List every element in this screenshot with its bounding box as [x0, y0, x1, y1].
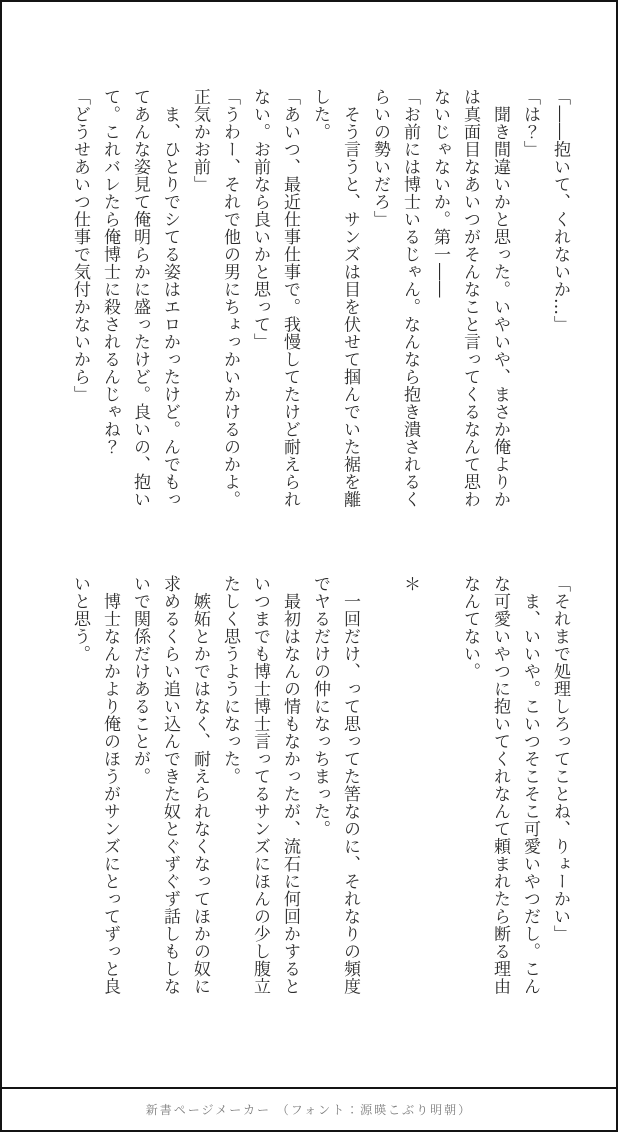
- text-line: [365, 575, 395, 1003]
- text-line: は真面目なあいつがそんなこと言ってくるなんて思わ: [455, 88, 485, 516]
- text-line: でヤるだけの仲になっちまった。: [305, 575, 335, 1003]
- text-line: ま、ひとりでシてる姿はエロかったけど。んでもっ: [155, 88, 185, 516]
- text-line: ない。お前なら良いかと思って」: [245, 88, 275, 516]
- text-line: 一回だけ、って思ってた筈なのに、それなりの頻度: [335, 575, 365, 1003]
- text-line: ま、いいや。こいつそこそこ可愛いやつだし。こん: [515, 575, 545, 1003]
- text-line: 正気かお前」: [185, 88, 215, 516]
- text-line: らいの勢いだろ」: [365, 88, 395, 516]
- text-block-upper: 「――抱いて、くれないか…」「は？」 聞き間違いかと思った。いやいや、まさか俺よ…: [65, 88, 575, 516]
- text-line: ＊: [395, 575, 425, 1003]
- text-line: 「あいつ、最近仕事仕事で。我慢してたけど耐えられ: [275, 88, 305, 516]
- text-line: 嫉妬とかではなく、耐えられなくなってほかの奴に: [185, 575, 215, 1003]
- page-frame: 「――抱いて、くれないか…」「は？」 聞き間違いかと思った。いやいや、まさか俺よ…: [0, 0, 618, 1132]
- text-line: 最初はなんの情もなかったが、流石に何回かすると: [275, 575, 305, 1003]
- text-line: 博士なんかより俺のほうがサンズにとってずっと良: [95, 575, 125, 1003]
- text-line: 「どうせあいつ仕事で気付かないから」: [65, 88, 95, 516]
- text-line: 「うわー、それで他の男にちょっかいかけるのかよ。: [215, 88, 245, 516]
- text-line: 「お前には博士いるじゃん。なんなら抱き潰されるく: [395, 88, 425, 516]
- text-block-lower: 「それまで処理しろってことね、りょーかい」 ま、いいや。こいつそこそこ可愛いやつ…: [65, 575, 575, 1003]
- text-line: そう言うと、サンズは目を伏せて掴んでいた裾を離: [335, 88, 365, 516]
- text-line: [425, 575, 455, 1003]
- text-line: てあんな姿見て俺明らかに盛ったけど。良いの、抱い: [125, 88, 155, 516]
- text-line: なんてない。: [455, 575, 485, 1003]
- text-line: 「それまで処理しろってことね、りょーかい」: [545, 575, 575, 1003]
- text-line: 求めるくらい追い込んできた奴とぐずぐず話しもしな: [155, 575, 185, 1003]
- page-body: 「――抱いて、くれないか…」「は？」 聞き間違いかと思った。いやいや、まさか俺よ…: [2, 2, 616, 1089]
- text-line: 聞き間違いかと思った。いやいや、まさか俺よりか: [485, 88, 515, 516]
- text-line: 「は？」: [515, 88, 545, 516]
- text-line: て。これバレたら俺博士に殺されるんじゃね？: [95, 88, 125, 516]
- text-line: いと思う。: [65, 575, 95, 1003]
- text-line: いつまでも博士博士言ってるサンズにほんの少し腹立: [245, 575, 275, 1003]
- text-line: ないじゃないか。第一――: [425, 88, 455, 516]
- text-line: した。: [305, 88, 335, 516]
- footer-text: 新書ページメーカー （フォント：源暎こぶり明朝）: [146, 1101, 472, 1118]
- text-line: いで関係だけあることが。: [125, 575, 155, 1003]
- footer-caption: 新書ページメーカー （フォント：源暎こぶり明朝）: [2, 1089, 616, 1130]
- text-line: な可愛いやつに抱いてくれなんて頼まれたら断る理由: [485, 575, 515, 1003]
- text-line: たしく思うようになった。: [215, 575, 245, 1003]
- text-line: 「――抱いて、くれないか…」: [545, 88, 575, 516]
